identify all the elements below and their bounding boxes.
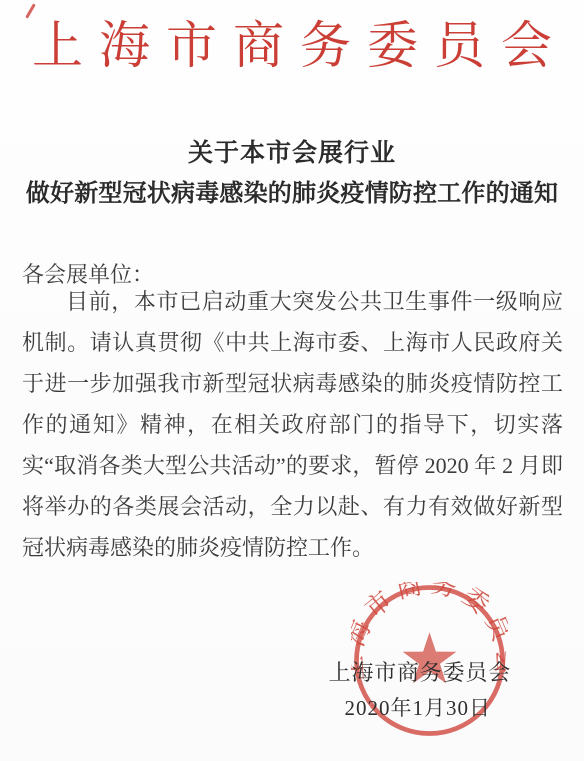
body-paragraph: 目前，本市已启动重大突发公共卫生事件一级响应机制。请认真贯彻《中共上海市委、上海… xyxy=(22,281,563,568)
document-title-line1: 关于本市会展行业 xyxy=(0,133,584,169)
signature-date: 2020年1月30日 xyxy=(345,692,492,722)
document-page: 上海市商务委员会 关于本市会展行业 做好新型冠状病毒感染的肺炎疫情防控工作的通知… xyxy=(0,0,584,761)
letterhead-org-name: 上海市商务委员会 xyxy=(0,16,584,78)
signature-org: 上海市商务委员会 xyxy=(329,656,511,687)
document-title-line2: 做好新型冠状病毒感染的肺炎疫情防控工作的通知 xyxy=(0,173,584,208)
